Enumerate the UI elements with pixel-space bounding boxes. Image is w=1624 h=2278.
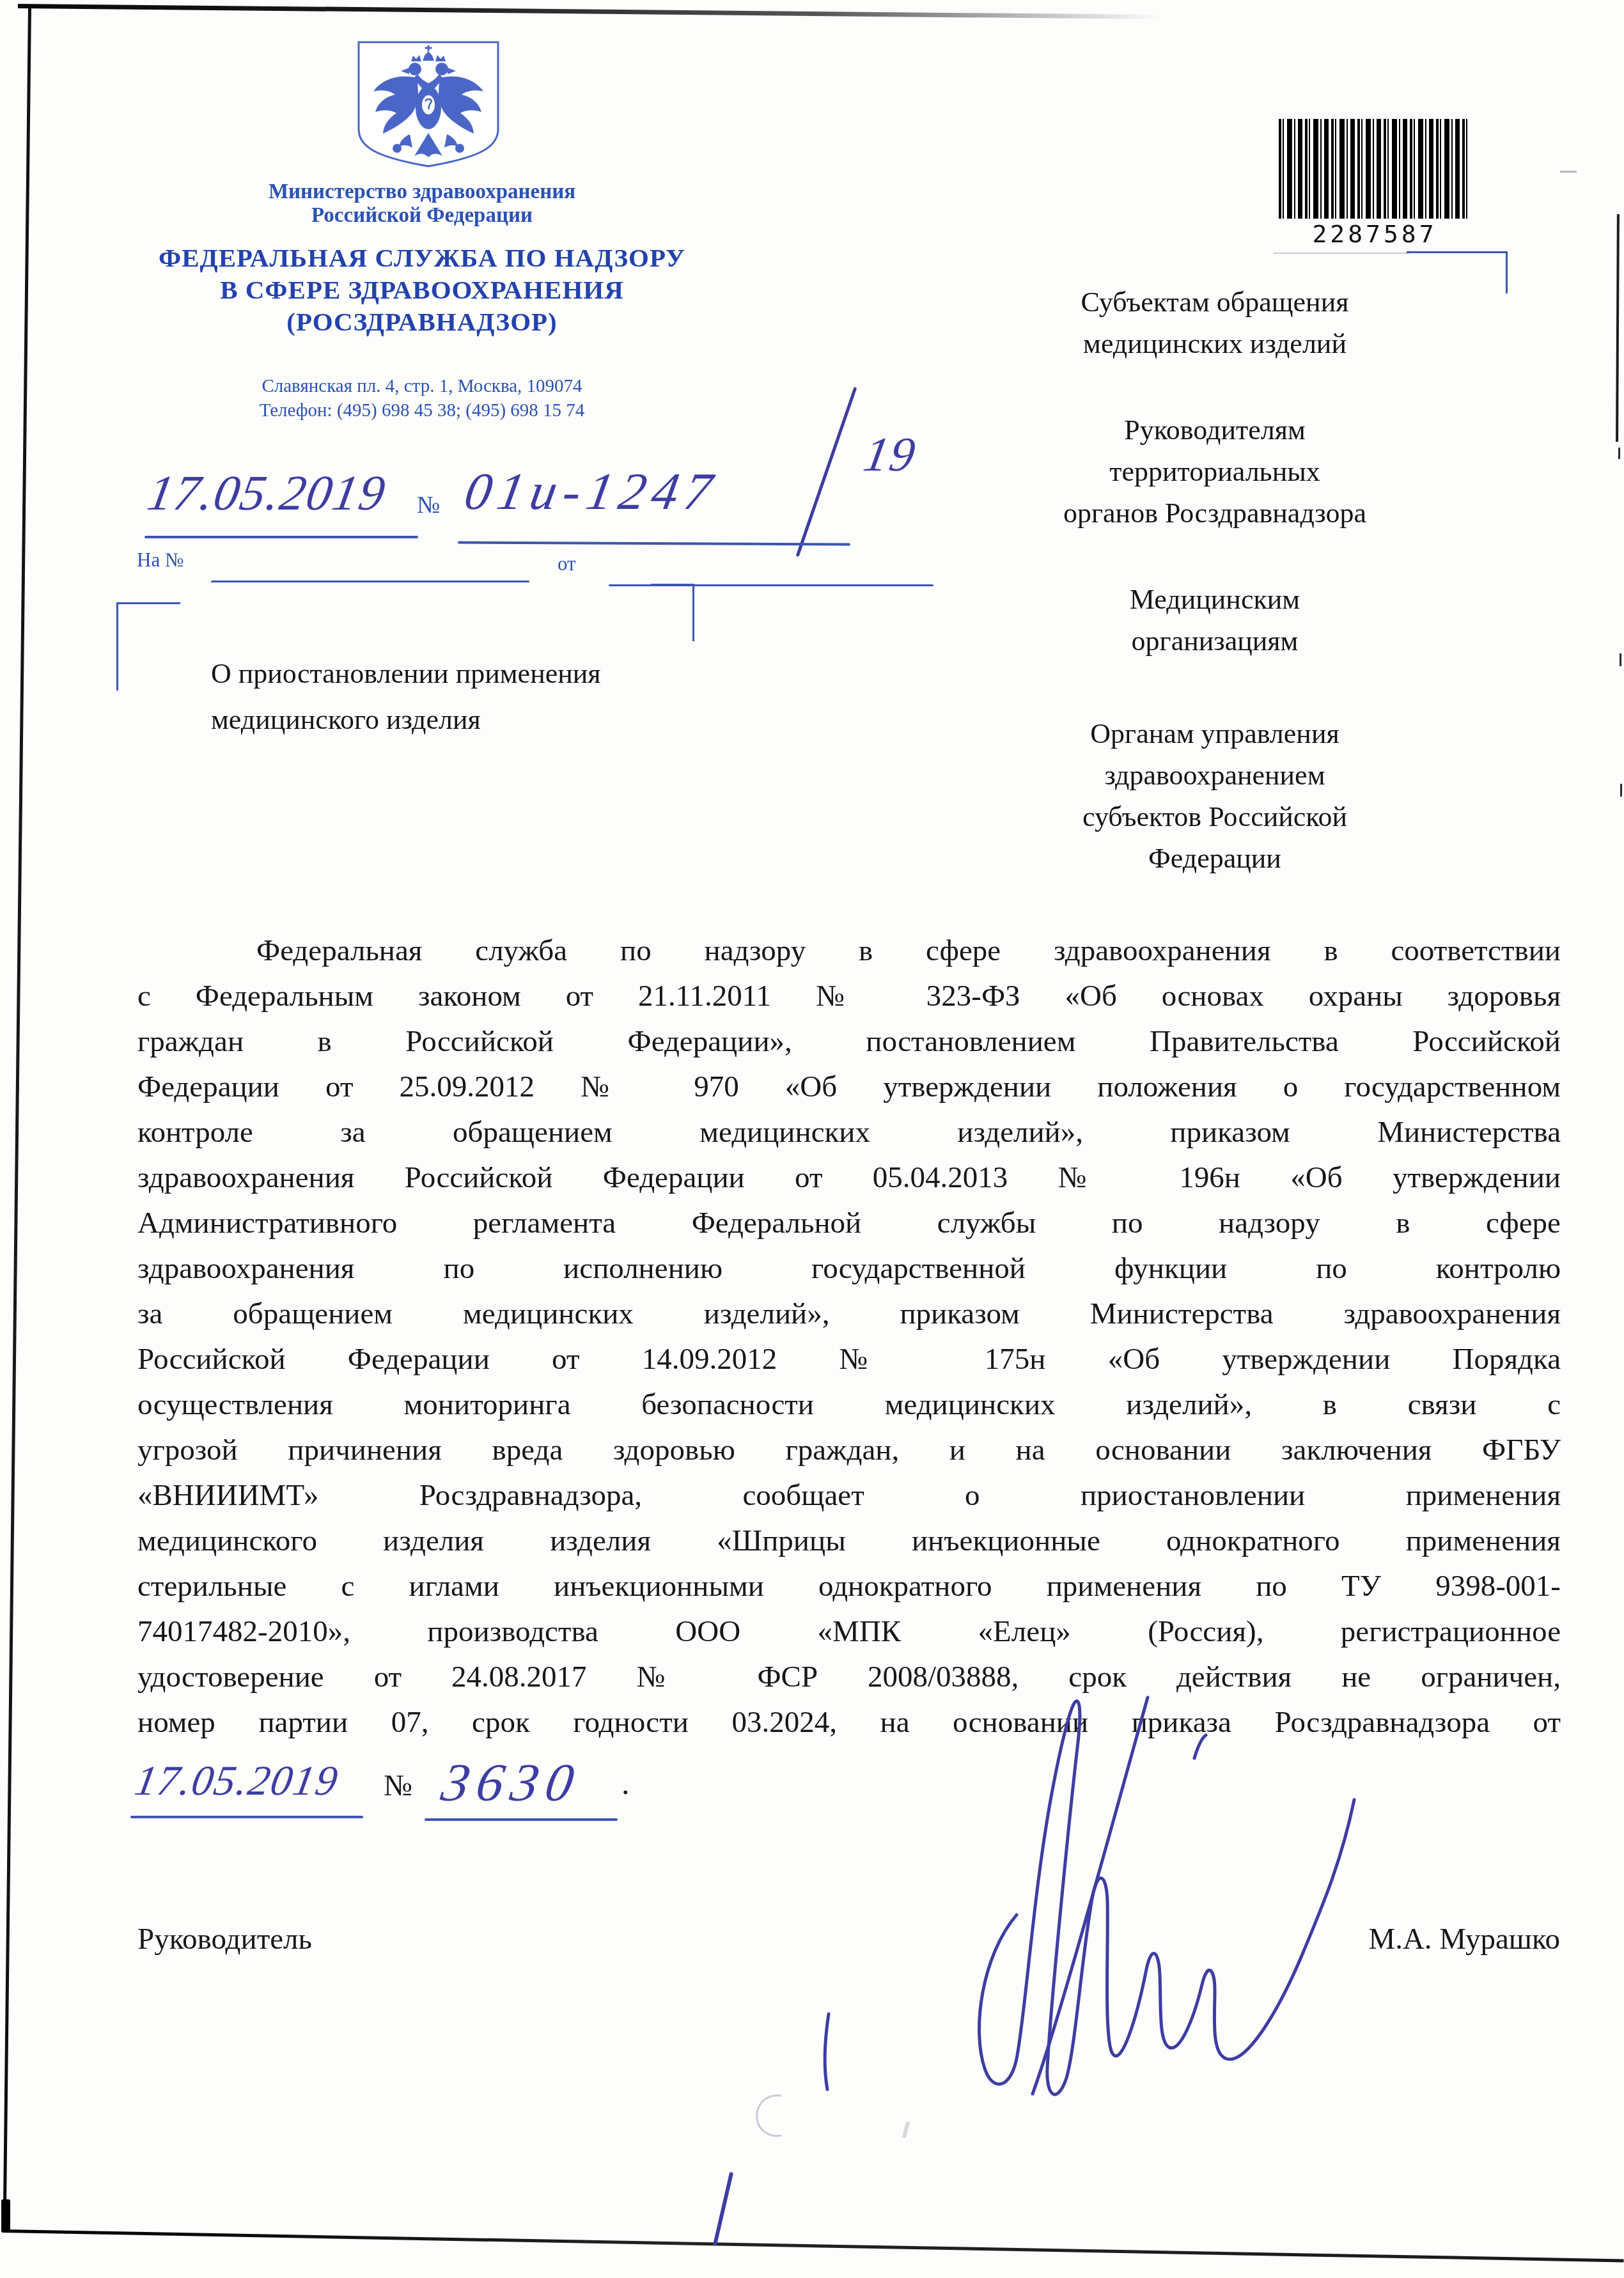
recipient-line: субъектов Российской — [977, 796, 1453, 838]
russia-coat-of-arms-icon — [354, 38, 503, 170]
scan-corner-blob — [1, 2199, 10, 2233]
letter-body: Федеральная служба по надзору в сфере зд… — [137, 928, 1561, 1745]
na-no-blank-underline — [211, 581, 529, 582]
recipient-line: Федерации — [977, 838, 1453, 879]
subject-line: О приостановлении применения — [211, 651, 786, 697]
body-line: Административного регламента Федеральной… — [137, 1201, 1561, 1246]
registration-barcode — [1279, 119, 1471, 219]
recipient-line: Органам управления — [977, 713, 1453, 754]
body-line: с Федеральным законом от 21.11.2011 № 32… — [137, 974, 1561, 1019]
scan-top-border — [18, 4, 1162, 19]
outgoing-number-suffix-handwritten: 19 — [859, 427, 920, 483]
recipient-zone-faint-line — [1274, 253, 1409, 254]
order-date-underline — [130, 1816, 363, 1818]
body-line: осуществления мониторинга безопасности м… — [137, 1382, 1561, 1428]
order-date-handwritten: 17.05.2019 — [131, 1757, 342, 1806]
subject-line: медицинского изделия — [211, 697, 786, 743]
ministry-line1: Министерство здравоохранения — [211, 180, 633, 204]
body-line: за обращением медицинских изделий», прик… — [137, 1291, 1561, 1337]
ot-label: от — [558, 552, 576, 575]
date-underline — [144, 536, 418, 538]
body-line: Российской Федерации от 14.09.2012 № 175… — [137, 1337, 1561, 1382]
barcode-number: 2287587 — [1279, 220, 1471, 248]
recipient-line: организациям — [977, 620, 1453, 662]
body-line: граждан в Российской Федерации», постано… — [137, 1019, 1561, 1065]
recipient-group: Медицинским организациям — [977, 579, 1453, 662]
scan-right-dash — [1620, 653, 1621, 666]
letterhead-address: Славянская пл. 4, стр. 1, Москва, 109074 — [179, 376, 665, 397]
recipient-line: территориальных — [977, 451, 1453, 492]
letterhead-phone: Телефон: (495) 698 45 38; (495) 698 15 7… — [179, 400, 665, 421]
handwritten-slash-stroke — [796, 387, 857, 557]
address-zone-corner-right — [651, 584, 694, 586]
closing-period: . — [621, 1765, 630, 1802]
scan-top-right-tick — [1560, 171, 1577, 173]
service-line1: ФЕДЕРАЛЬНАЯ СЛУЖБА ПО НАДЗОРУ — [115, 242, 729, 274]
address-zone-corner-right — [692, 584, 694, 641]
stray-ink-stroke — [713, 2172, 733, 2246]
outgoing-number-handwritten: 01и-1247 — [460, 462, 723, 522]
order-number-underline — [425, 1818, 618, 1821]
recipient-zone-corner — [1506, 251, 1508, 293]
body-line: Федеральная служба по надзору в сфере зд… — [137, 928, 1561, 974]
body-line: стерильные с иглами инъекционными однокр… — [137, 1564, 1561, 1609]
service-line3: (РОСЗДРАВНАДЗОР) — [115, 306, 729, 338]
address-zone-corner-left — [116, 602, 180, 604]
scan-bottom-border — [4, 2229, 1624, 2262]
scanned-letter-page: Министерство здравоохранения Российской … — [0, 0, 1624, 2278]
body-line: медицинского изделия изделия «Шприцы инъ… — [137, 1518, 1561, 1564]
signer-position-title: Руководитель — [137, 1922, 312, 1956]
recipient-line: Руководителям — [977, 409, 1453, 451]
scan-right-border — [1616, 214, 1620, 442]
recipient-line: Субъектам обращения — [977, 281, 1453, 323]
service-header: ФЕДЕРАЛЬНАЯ СЛУЖБА ПО НАДЗОРУ В СФЕРЕ ЗД… — [115, 242, 729, 338]
recipient-group: Руководителям территориальных органов Ро… — [977, 409, 1453, 534]
na-no-label: На № — [137, 549, 183, 572]
numero-sign: № — [417, 491, 440, 519]
body-line: здравоохранения Российской Федерации от … — [137, 1155, 1561, 1201]
body-line: угрозой причинения вреда здоровью гражда… — [137, 1428, 1561, 1473]
body-line: 74017482-2010», производства ООО «МПК «Е… — [137, 1609, 1561, 1655]
ministry-header: Министерство здравоохранения Российской … — [211, 180, 633, 228]
numero-sign: № — [384, 1768, 412, 1803]
recipient-line: медицинских изделий — [977, 323, 1453, 364]
number-underline — [458, 541, 850, 545]
scan-right-dash — [1618, 448, 1620, 459]
body-line: Федерации от 25.09.2012 № 970 «Об утверж… — [137, 1065, 1561, 1110]
scan-right-dash — [1620, 784, 1622, 797]
outgoing-date-handwritten: 17.05.2019 — [143, 464, 391, 522]
ministry-line2: Российской Федерации — [211, 204, 633, 228]
service-line2: В СФЕРЕ ЗДРАВООХРАНЕНИЯ — [115, 274, 729, 306]
letter-subject: О приостановлении применения медицинског… — [211, 651, 786, 743]
scan-left-border — [3, 8, 31, 2226]
recipient-line: Медицинским — [977, 579, 1453, 620]
handwritten-signature-icon — [754, 1681, 1381, 2148]
body-line: здравоохранения по исполнению государств… — [137, 1246, 1561, 1291]
order-number-handwritten: 3630 — [437, 1752, 586, 1814]
body-line: контроле за обращением медицинских издел… — [137, 1110, 1561, 1155]
recipient-group: Субъектам обращения медицинских изделий — [977, 281, 1453, 364]
recipient-group: Органам управления здравоохранением субъ… — [977, 713, 1453, 879]
body-line: «ВНИИИМТ» Росздравнадзора, сообщает о пр… — [137, 1473, 1561, 1518]
address-zone-corner-left — [116, 602, 118, 690]
recipient-zone-corner — [1407, 251, 1508, 253]
faint-pen-mark — [747, 2089, 800, 2143]
recipient-line: органов Росздравнадзора — [977, 492, 1453, 534]
recipient-line: здравоохранением — [977, 754, 1453, 796]
